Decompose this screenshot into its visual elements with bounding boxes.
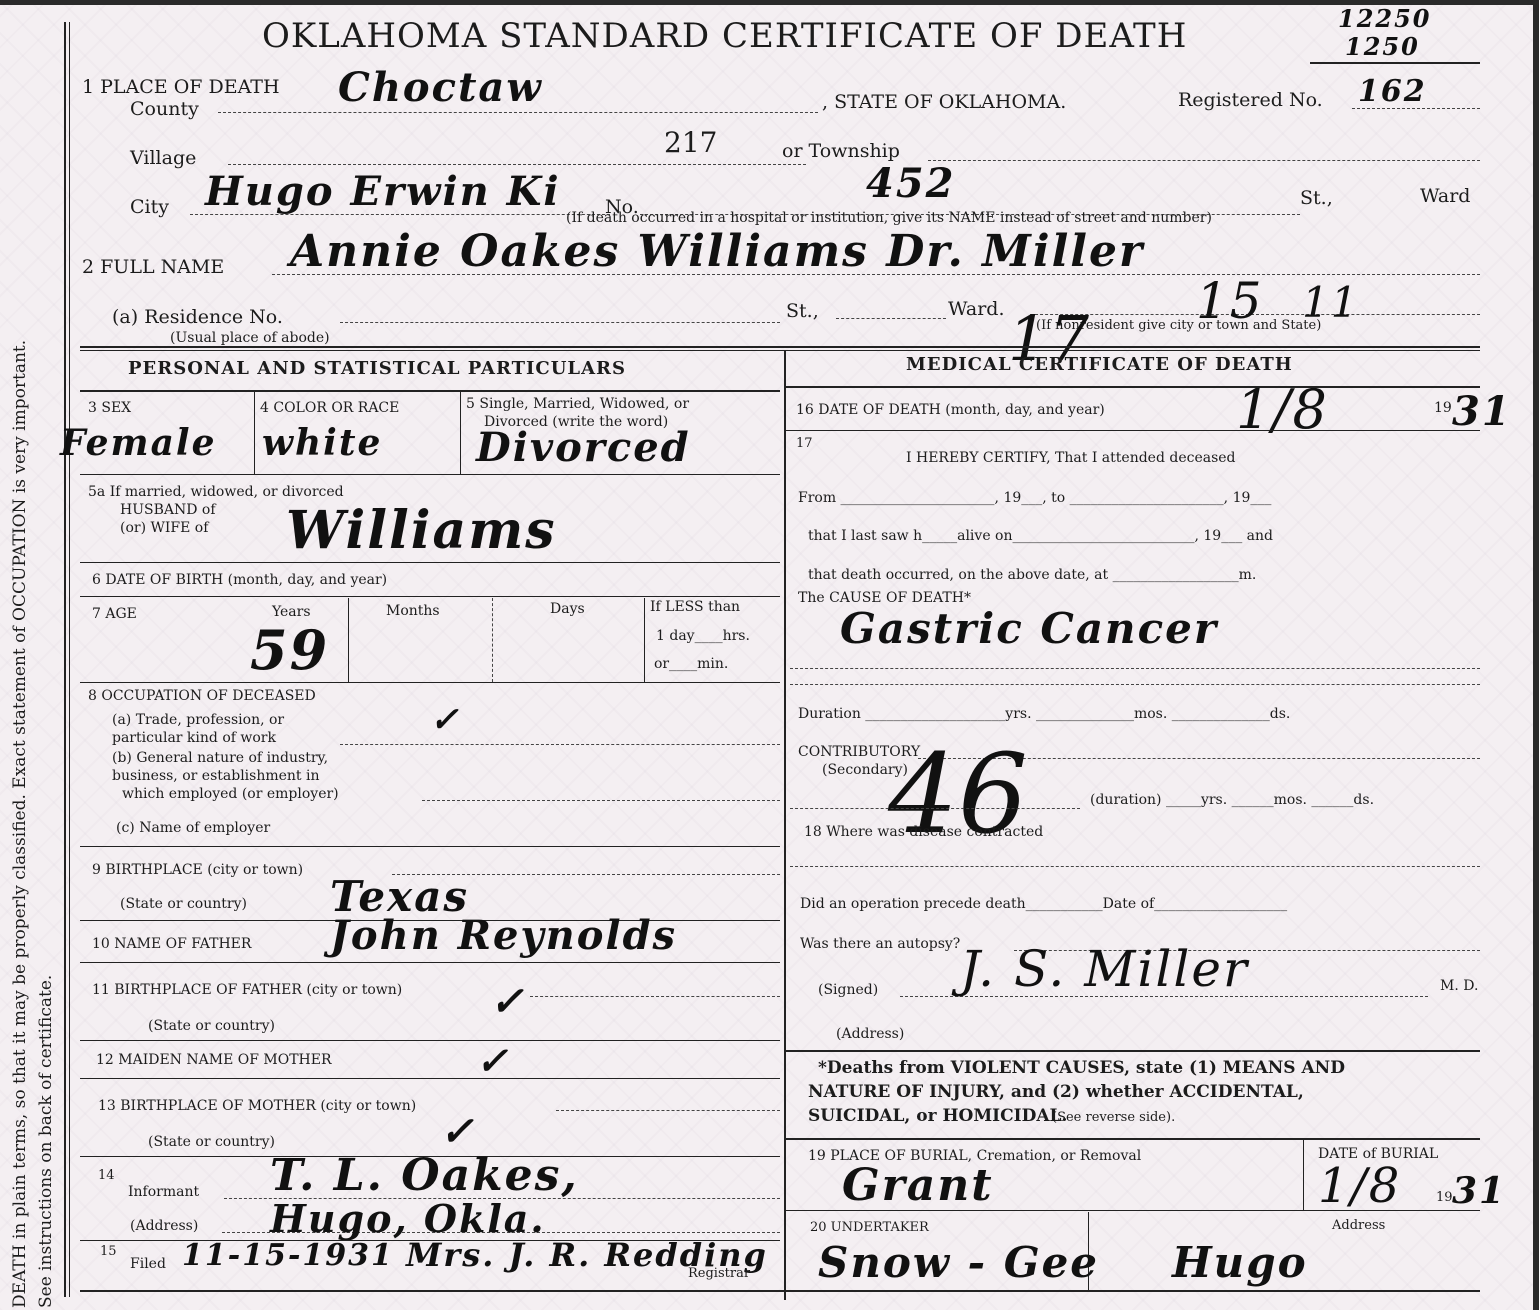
months-label: Months (386, 603, 440, 619)
occ-a-label-2: particular kind of work (112, 730, 276, 746)
violent-causes-line-1: *Deaths from VIOLENT CAUSES, state (1) M… (818, 1058, 1345, 1078)
race-marital-divider (460, 392, 461, 474)
full-name-label: 2 FULL NAME (82, 256, 224, 278)
place-of-death-label: 1 PLACE OF DEATH (82, 76, 280, 98)
occ-c-label: (c) Name of employer (116, 820, 270, 836)
scan-border-right (1533, 0, 1539, 1310)
st-label: St., (1300, 187, 1333, 209)
rule-before-burial (786, 1138, 1480, 1140)
mother-maiden-name-label: 12 MAIDEN NAME OF MOTHER (96, 1052, 332, 1068)
filed-date-value[interactable]: 11-15-1931 (182, 1238, 394, 1273)
marital-value[interactable]: Divorced (476, 424, 691, 471)
occ-a-label-1: (a) Trade, profession, or (112, 712, 284, 728)
md-label: M. D. (1440, 978, 1478, 994)
dob-label: 6 DATE OF BIRTH (month, day, and year) (92, 572, 387, 588)
city-value[interactable]: Hugo Erwin Ki (205, 168, 561, 215)
rule-after-spouse (80, 562, 780, 563)
attended-from-line: From ______________________, 19___, to _… (798, 490, 1271, 506)
birthplace-label: 9 BIRTHPLACE (city or town) (92, 862, 303, 878)
registered-no-label: Registered No. (1178, 89, 1323, 111)
signed-label: (Signed) (818, 982, 878, 998)
duration-line: Duration ____________________yrs. ______… (798, 706, 1290, 722)
occ-a-value[interactable]: ✓ (430, 700, 461, 740)
physician-address-label: (Address) (836, 1026, 904, 1042)
village-label: Village (130, 147, 196, 169)
certify-number: 17 (796, 436, 813, 451)
death-occurred-line: that death occurred, on the above date, … (808, 567, 1256, 583)
rule-after-dod (786, 430, 1480, 431)
medical-heading-rule (786, 386, 1480, 388)
father-name-value[interactable]: John Reynolds (330, 912, 677, 959)
father-birthplace-line (530, 996, 780, 997)
days-less-divider (644, 598, 645, 682)
occ-b-label-1: (b) General nature of industry, (112, 750, 328, 766)
burial-year-prefix: 19 (1436, 1190, 1453, 1205)
spouse-label-3: (or) WIFE of (120, 520, 208, 536)
county-line (218, 112, 818, 113)
registered-no-value[interactable]: 162 (1358, 74, 1427, 109)
township-label: or Township (782, 140, 900, 162)
certify-text: I HEREBY CERTIFY, That I attended deceas… (906, 450, 1236, 466)
cause-line-2 (790, 684, 1480, 685)
rule-after-father (80, 962, 780, 963)
sex-value[interactable]: Female (60, 422, 217, 464)
informant-number: 14 (98, 1168, 115, 1183)
less-than-label-1: If LESS than (650, 599, 740, 615)
age-label: 7 AGE (92, 606, 137, 622)
outer-border-left-inner (69, 22, 70, 1297)
age-years-value[interactable]: 59 (250, 618, 329, 682)
marital-label-1: 5 Single, Married, Widowed, or (466, 396, 689, 412)
rule-after-age (80, 682, 780, 683)
page-title: OKLAHOMA STANDARD CERTIFICATE OF DEATH (262, 16, 1187, 56)
informant-label: Informant (128, 1184, 199, 1200)
burial-place-value[interactable]: Grant (842, 1160, 994, 1211)
date-of-death-year-prefix: 19 (1434, 400, 1452, 416)
burial-year-value[interactable]: 31 (1452, 1170, 1506, 1212)
occupation-label: 8 OCCUPATION OF DECEASED (88, 688, 316, 704)
last-saw-line: that I last saw h_____alive on__________… (808, 528, 1273, 544)
residence-sub-label: (Usual place of abode) (170, 330, 330, 346)
file-number-underline (1310, 62, 1480, 64)
father-birthplace-value[interactable]: ✓ (490, 978, 526, 1025)
months-days-divider (492, 598, 494, 682)
city-label: City (130, 196, 169, 218)
divider-top-sections (80, 346, 1480, 348)
operation-line: Did an operation precede death__________… (800, 896, 1287, 912)
residence-line (340, 322, 780, 323)
days-label: Days (550, 601, 585, 617)
race-label: 4 COLOR OR RACE (260, 400, 399, 416)
column-divider (784, 350, 786, 1300)
personal-section-heading: PERSONAL AND STATISTICAL PARTICULARS (128, 358, 626, 379)
spouse-label-1: 5a If married, widowed, or divorced (88, 484, 344, 500)
less-than-label-2: 1 day____hrs. (656, 628, 750, 644)
race-value[interactable]: white (262, 422, 382, 464)
scan-border-top (0, 0, 1539, 5)
file-number-2: 1250 (1345, 32, 1420, 61)
margin-number-11: 11 (1302, 278, 1359, 327)
residence-st-label: St., (786, 300, 819, 322)
less-than-label-3: or____min. (654, 656, 728, 672)
physician-signature[interactable]: J. S. Miller (960, 940, 1249, 998)
side-note-line1: DEATH in plain terms, so that it may be … (10, 340, 30, 1308)
sex-race-divider (254, 392, 255, 474)
undertaker-value[interactable]: Snow - Gee (818, 1238, 1099, 1287)
father-name-label: 10 NAME OF FATHER (92, 936, 251, 952)
date-of-death-value[interactable]: 1/8 (1236, 378, 1329, 441)
filed-label: Filed (130, 1256, 166, 1272)
mother-birthplace-label: 13 BIRTHPLACE OF MOTHER (city or town) (98, 1098, 416, 1114)
township-line (928, 160, 1480, 161)
rule-after-occupation (80, 846, 780, 847)
mother-maiden-name-value[interactable]: ✓ (476, 1038, 510, 1083)
contributory-duration: (duration) _____yrs. ______mos. ______ds… (1090, 792, 1374, 808)
occ-b-label-3: which employed (or employer) (122, 786, 339, 802)
undertaker-address-label: Address (1332, 1218, 1385, 1233)
outer-border-left (64, 22, 66, 1297)
state-label: , STATE OF OKLAHOMA. (822, 91, 1066, 113)
rule-before-undertaker (786, 1210, 1480, 1211)
county-value[interactable]: Choctaw (338, 64, 543, 111)
occ-a-line (340, 744, 780, 745)
file-number-1: 12250 (1338, 4, 1432, 33)
autopsy-label: Was there an autopsy? (800, 936, 960, 952)
filed-number: 15 (100, 1244, 117, 1259)
undertaker-label: 20 UNDERTAKER (810, 1220, 929, 1235)
date-of-death-label: 16 DATE OF DEATH (month, day, and year) (796, 402, 1105, 418)
burial-date-value[interactable]: 1/8 (1318, 1158, 1401, 1214)
burial-date-divider (1303, 1140, 1304, 1210)
spouse-value[interactable]: Williams (286, 500, 557, 561)
ward-label: Ward (1420, 185, 1470, 207)
undertaker-address-value[interactable]: Hugo (1172, 1238, 1308, 1287)
rule-after-dob (80, 596, 780, 597)
informant-value[interactable]: T. L. Oakes, (270, 1150, 579, 1201)
occ-b-label-2: business, or establishment in (112, 768, 320, 784)
registered-no-line (1352, 108, 1480, 109)
informant-address-label: (Address) (130, 1218, 198, 1234)
side-note-line2: See instructions on back of certificate. (36, 975, 56, 1308)
violent-causes-note: (See reverse side). (1052, 1110, 1175, 1125)
street-number-value[interactable]: 452 (866, 160, 956, 207)
medical-section-heading: MEDICAL CERTIFICATE OF DEATH (906, 354, 1293, 375)
date-of-death-year[interactable]: 31 (1452, 388, 1512, 435)
mother-birthplace-line (556, 1110, 780, 1111)
mother-birthplace-state-label: (State or country) (148, 1134, 275, 1150)
birthplace-state-label: (State or country) (120, 896, 247, 912)
margin-number-15: 15 (1196, 272, 1264, 330)
contributory-duration-line (790, 808, 1080, 809)
cause-line-1 (790, 668, 1480, 669)
residence-ward-line (836, 318, 946, 319)
father-birthplace-state-label: (State or country) (148, 1018, 275, 1034)
mother-birthplace-value[interactable]: ✓ (440, 1108, 476, 1155)
hospital-note: (If death occurred in a hospital or inst… (566, 210, 1212, 226)
cause-of-death-value[interactable]: Gastric Cancer (840, 604, 1218, 653)
father-birthplace-label: 11 BIRTHPLACE OF FATHER (city or town) (92, 982, 402, 998)
sex-label: 3 SEX (88, 400, 131, 416)
registrar-label: Registrar (688, 1266, 750, 1281)
residence-label: (a) Residence No. (112, 306, 283, 328)
death-certificate: DEATH in plain terms, so that it may be … (0, 0, 1539, 1310)
rule-after-sex (80, 474, 780, 475)
residence-ward-label: Ward. (948, 298, 1005, 320)
rule-after-father-birthplace (80, 1040, 780, 1041)
personal-heading-rule (80, 390, 780, 392)
county-label: County (130, 98, 199, 120)
violent-causes-line-3: SUICIDAL, or HOMICIDAL. (808, 1106, 1067, 1126)
years-months-divider (348, 598, 349, 682)
rule-after-signature (786, 1050, 1480, 1052)
informant-address-value[interactable]: Hugo, Okla. (270, 1196, 546, 1241)
where-contracted-label: 18 Where was disease contracted (804, 824, 1043, 840)
rule-after-mother (80, 1078, 780, 1079)
violent-causes-line-2: NATURE OF INJURY, and (2) whether ACCIDE… (808, 1082, 1304, 1102)
occ-b-line (422, 800, 780, 801)
full-name-value[interactable]: Annie Oakes Williams Dr. Miller (290, 226, 1144, 277)
village-number: 217 (664, 126, 717, 159)
divider-top-sections-2 (80, 350, 1480, 351)
village-line (228, 164, 806, 165)
spouse-label-2: HUSBAND of (120, 502, 216, 518)
bottom-rule (80, 1290, 1480, 1292)
where-contracted-line (790, 866, 1480, 867)
